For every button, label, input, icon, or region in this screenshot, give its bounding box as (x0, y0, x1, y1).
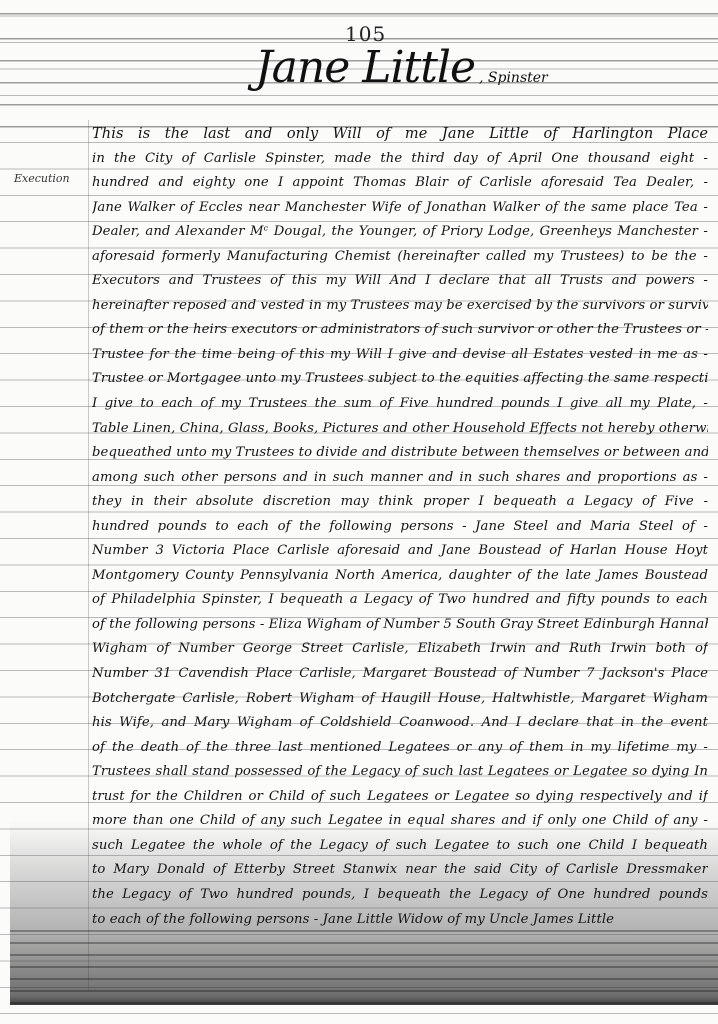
text-line: of Philadelphia Spinster, I bequeath a L… (92, 588, 708, 613)
text-line: aforesaid formerly Manufacturing Chemist… (92, 245, 708, 270)
text-line: they in their absolute discretion may th… (92, 490, 708, 515)
text-line: trust for the Children or Child of such … (92, 785, 708, 810)
will-text: This is the last and only Will of me Jan… (92, 122, 708, 932)
text-line: more than one Child of any such Legatee … (92, 809, 708, 834)
text-line: Jane Walker of Eccles near Manchester Wi… (92, 196, 708, 221)
text-line: bequeathed unto my Trustees to divide an… (92, 441, 708, 466)
margin-annotation: Execution (14, 172, 70, 185)
text-line: Dealer, and Alexander Mᶜ Dougal, the You… (92, 220, 708, 245)
text-line: Trustee or Mortgagee unto my Trustees su… (92, 367, 708, 392)
text-line: among such other persons and in such man… (92, 466, 708, 491)
testator-name: Jane Little (255, 42, 475, 93)
text-line: hereinafter reposed and vested in my Tru… (92, 294, 708, 319)
text-line: hundred and eighty one I appoint Thomas … (92, 171, 708, 196)
text-line: Executors and Trustees of this my Will A… (92, 269, 708, 294)
will-document-page: 105 Jane Little, Spinster Execution This… (0, 0, 718, 1024)
text-line: of the following persons - Eliza Wigham … (92, 613, 708, 638)
text-line: Number 3 Victoria Place Carlisle aforesa… (92, 539, 708, 564)
text-line: Wigham of Number George Street Carlisle,… (92, 637, 708, 662)
text-line: hundred pounds to each of the following … (92, 515, 708, 540)
text-line: such Legatee the whole of the Legacy of … (92, 834, 708, 859)
text-line: Trustee for the time being of this my Wi… (92, 343, 708, 368)
text-line: the Legacy of Two hundred pounds, I bequ… (92, 883, 708, 908)
text-line: in the City of Carlisle Spinster, made t… (92, 147, 708, 172)
photocopy-shadow-lines (10, 920, 718, 1005)
text-line: his Wife, and Mary Wigham of Coldshield … (92, 711, 708, 736)
text-line: to Mary Donald of Etterby Street Stanwix… (92, 858, 708, 883)
document-heading: Jane Little, Spinster (255, 42, 548, 93)
text-line: I give to each of my Trustees the sum of… (92, 392, 708, 417)
text-line: This is the last and only Will of me Jan… (92, 122, 708, 147)
text-line: Trustees shall stand possessed of the Le… (92, 760, 708, 785)
text-line: Table Linen, China, Glass, Books, Pictur… (92, 417, 708, 442)
text-line: Botchergate Carlisle, Robert Wigham of H… (92, 687, 708, 712)
text-line: of them or the heirs executors or admini… (92, 318, 708, 343)
text-line: to each of the following persons - Jane … (92, 908, 708, 933)
text-line: Number 31 Cavendish Place Carlisle, Marg… (92, 662, 708, 687)
testator-status: , Spinster (479, 70, 548, 86)
text-line: of the death of the three last mentioned… (92, 736, 708, 761)
text-line: Montgomery County Pennsylvania North Ame… (92, 564, 708, 589)
